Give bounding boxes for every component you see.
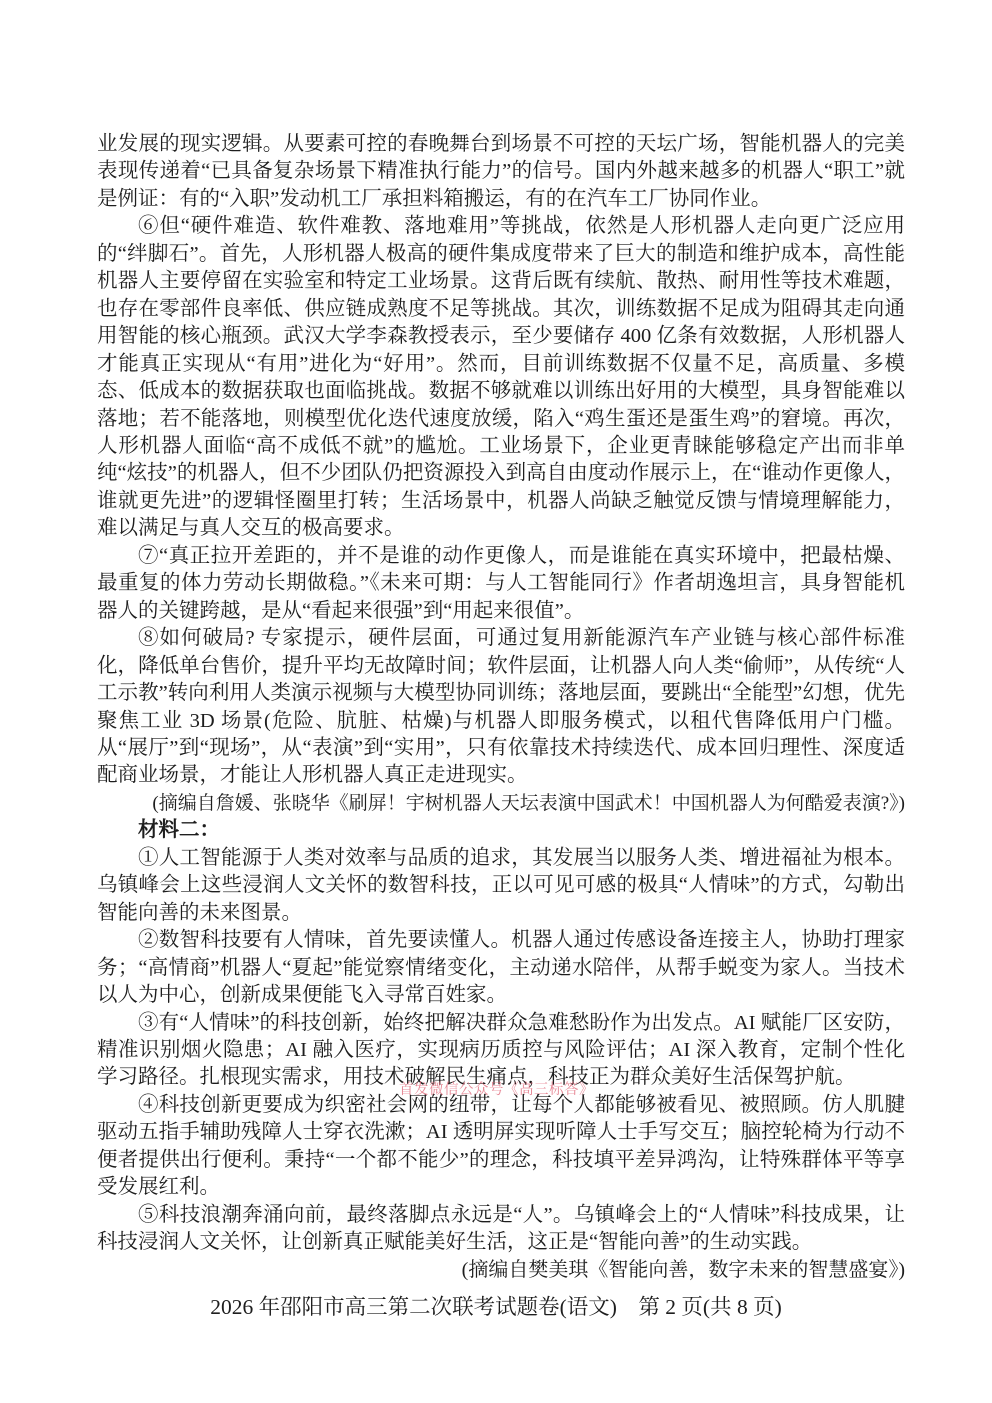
material-two-heading: 材料二： <box>97 817 905 844</box>
paragraph: ②数智科技要有人情味，首先要读懂人。机器人通过传感设备连接主人，协助打理家务；“… <box>97 927 905 1009</box>
paragraph: ⑦“真正拉开差距的，并不是谁的动作更像人，而是谁能在真实环境中，把最枯燥、最重复… <box>97 543 905 625</box>
paragraph: ⑧如何破局? 专家提示，硬件层面，可通过复用新能源汽车产业链与核心部件标准化，降… <box>97 625 905 790</box>
source-citation: (摘编自樊美琪《智能向善，数字未来的智慧盛宴》) <box>97 1257 905 1284</box>
paragraph: ①人工智能源于人类对效率与品质的追求，其发展当以服务人类、增进福祉为根本。乌镇峰… <box>97 845 905 927</box>
paragraph: ⑤科技浪潮奔涌向前，最终落脚点永远是“人”。乌镇峰会上的“人情味”科技成果，让科… <box>97 1202 905 1257</box>
paragraph: ⑥但“硬件难造、软件难教、落地难用”等挑战，依然是人形机器人走向更广泛应用的“绊… <box>97 213 905 542</box>
paragraph: 业发展的现实逻辑。从要素可控的春晚舞台到场景不可控的天坛广场，智能机器人的完美表… <box>97 131 905 213</box>
paragraph: ④科技创新更要成为织密社会网的纽带，让每个人都能够被看见、被照顾。仿人肌腱驱动五… <box>97 1092 905 1202</box>
page-footer: 2026 年邵阳市高三第二次联考试题卷(语文) 第 2 页(共 8 页) <box>0 1293 992 1321</box>
paragraph: ③有“人情味”的科技创新，始终把解决群众急难愁盼作为出发点。AI 赋能厂区安防，… <box>97 1010 905 1092</box>
exam-paper-page: 业发展的现实逻辑。从要素可控的春晚舞台到场景不可控的天坛广场，智能机器人的完美表… <box>0 0 992 1403</box>
article-body: 业发展的现实逻辑。从要素可控的春晚舞台到场景不可控的天坛广场，智能机器人的完美表… <box>97 131 905 1284</box>
source-citation: (摘编自詹媛、张晓华《刷屏！宇树机器人天坛表演中国武术！中国机器人为何酷爱表演?… <box>97 790 905 817</box>
